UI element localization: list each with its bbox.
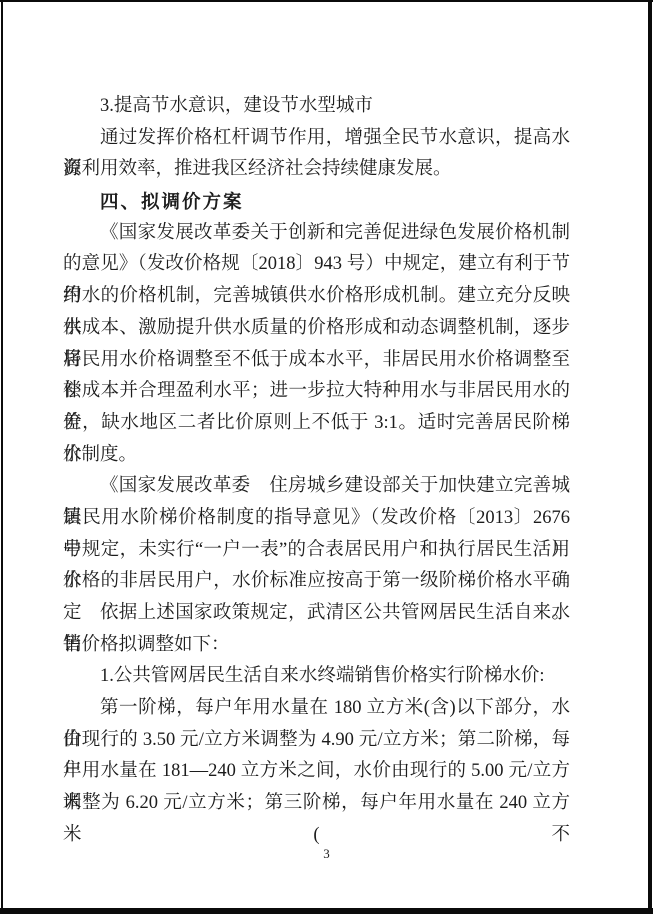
text-line: 差，缺水地区二者比价原则上不低于 3:1。适时完善居民阶梯水 — [63, 408, 570, 440]
scanned-document-page: 3.提高节水意识，建设节水型城市通过发挥价格杠杆调节作用，增强全民节水意识，提高… — [0, 0, 653, 914]
text-line: 源利用效率，推进我区经济社会持续健康发展。 — [63, 154, 570, 186]
text-line: 依据上述国家政策规定，武清区公共管网居民生活自来水销 — [63, 598, 570, 630]
text-line: 居民用水价格调整至不低于成本水平，非居民用水价格调整至补 — [63, 345, 570, 377]
text-line: 中规定，未实行“一户一表”的合表居民用户和执行居民生活用水 — [63, 535, 570, 567]
text-line: 的意见》（发改价格规〔2018〕943 号）中规定，建立有利于节约 — [63, 249, 570, 281]
scan-edge-left — [1, 0, 3, 914]
section-heading: 四、拟调价方案 — [63, 186, 570, 218]
page-number: 3 — [0, 846, 653, 862]
text-line: 偿成本并合理盈利水平；进一步拉大特种用水与非居民用水的价 — [63, 376, 570, 408]
text-line: 1.公共管网居民生活自来水终端销售价格实行阶梯水价: — [63, 661, 570, 693]
document-body: 3.提高节水意识，建设节水型城市通过发挥价格杠杆调节作用，增强全民节水意识，提高… — [63, 91, 570, 820]
text-line: 第一阶梯，每户年用水量在 180 立方米(含)以下部分，水价 — [63, 693, 570, 725]
text-line: 价格的非居民用户，水价标准应按高于第一级阶梯价格水平确定。 — [63, 566, 570, 598]
text-line: 《国家发展改革委关于创新和完善促进绿色发展价格机制 — [63, 218, 570, 250]
text-line: 居民用水阶梯价格制度的指导意见》（发改价格〔2013〕2676 号） — [63, 503, 570, 535]
text-line: 3.提高节水意识，建设节水型城市 — [63, 91, 570, 123]
text-line: 调整为 6.20 元/立方米；第三阶梯，每户年用水量在 240 立方米(不 — [63, 788, 570, 820]
scan-edge-top — [0, 0, 653, 2]
text-line: 水成本、激励提升供水质量的价格形成和动态调整机制，逐步将 — [63, 313, 570, 345]
text-line: 通过发挥价格杠杆调节作用，增强全民节水意识，提高水资 — [63, 123, 570, 155]
text-line: 由现行的 3.50 元/立方米调整为 4.90 元/立方米；第二阶梯，每户 — [63, 725, 570, 757]
scan-edge-right — [648, 0, 652, 914]
text-line: 售价格拟调整如下： — [63, 630, 570, 662]
text-line: 《国家发展改革委 住房城乡建设部关于加快建立完善城镇 — [63, 471, 570, 503]
text-line: 价制度。 — [63, 440, 570, 472]
text-line: 用水的价格机制，完善城镇供水价格形成机制。建立充分反映供 — [63, 281, 570, 313]
text-line: 年用水量在 181—240 立方米之间，水价由现行的 5.00 元/立方米 — [63, 756, 570, 788]
scan-edge-bottom — [0, 908, 653, 914]
